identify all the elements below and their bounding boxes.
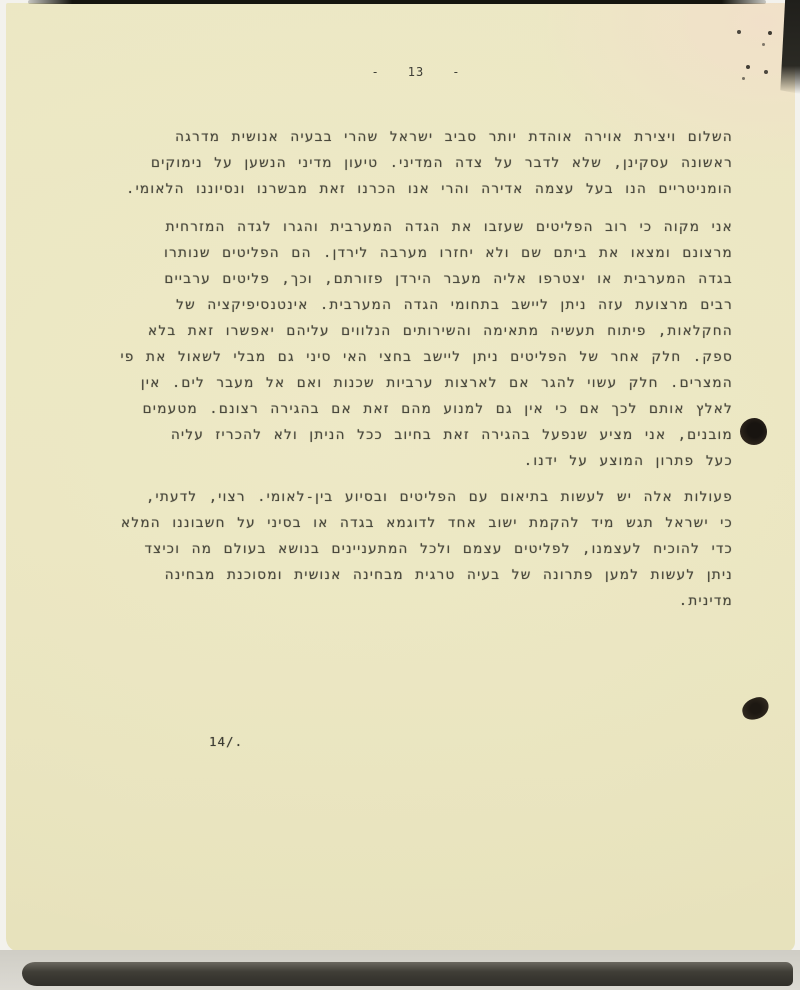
text-line: ראשונה עסקינן, שלא לדבר על צדה המדיני. ט… <box>91 150 733 176</box>
text-line: בגדה המערבית או יצטרפו אליה מעבר הירדן פ… <box>91 266 733 292</box>
ink-stain <box>740 695 771 722</box>
text-line: המצרים. חלק עשוי להגר אם לארצות ערביות ש… <box>91 370 733 396</box>
paragraph-2: אני מקוה כי רוב הפליטים שעזבו את הגדה המ… <box>91 214 733 474</box>
dust-speck <box>764 70 768 74</box>
text-line: ניתן לעשות למען פתרונה של בעיה טרגית מבח… <box>91 562 733 588</box>
header-dash-left: - <box>372 65 380 79</box>
dust-speck <box>768 31 772 35</box>
paragraph-1: השלום ויצירת אוירה אוהדת יותר סביב ישראל… <box>91 124 733 202</box>
paragraph-3: פעולות אלה יש לעשות בתיאום עם הפליטים וב… <box>91 484 733 614</box>
text-line: כדי להוכיח לעצמנו, לפליטים עצמם ולכל המת… <box>91 536 733 562</box>
text-line: הומניטריים הנו בעל עצמה אדירה והרי אנו ה… <box>91 176 733 202</box>
scan-top-edge <box>28 0 766 4</box>
dust-speck <box>742 77 745 80</box>
page-number: 13 <box>408 65 424 79</box>
dust-speck <box>737 30 741 34</box>
text-line: אני מקוה כי רוב הפליטים שעזבו את הגדה המ… <box>91 214 733 240</box>
text-line: לאלץ אותם לכך אם כי אין גם למנוע מהם זאת… <box>91 396 733 422</box>
text-line: רבים מרצועת עזה ניתן ליישב בתחומי הגדה ה… <box>91 292 733 318</box>
page-number-header: - 13 - <box>346 65 486 79</box>
scan-bottom-edge <box>22 962 793 986</box>
dust-speck <box>746 65 750 69</box>
text-line: פעולות אלה יש לעשות בתיאום עם הפליטים וב… <box>91 484 733 510</box>
continuation-page-marker: 14/. <box>209 734 243 749</box>
text-line: השלום ויצירת אוירה אוהדת יותר סביב ישראל… <box>91 124 733 150</box>
text-line: כי ישראל תגש מיד להקמת ישוב אחד לדוגמא ב… <box>91 510 733 536</box>
document-page: - 13 - השלום ויצירת אוירה אוהדת יותר סבי… <box>6 3 795 952</box>
text-line: החקלאות, פיתוח תעשיה מתאימה והשירותים הנ… <box>91 318 733 344</box>
scanned-document: - 13 - השלום ויצירת אוירה אוהדת יותר סבי… <box>0 0 800 990</box>
header-dash-right: - <box>452 65 460 79</box>
ink-stain <box>740 418 767 445</box>
dust-speck <box>762 43 765 46</box>
text-line: מדינית. <box>91 588 733 614</box>
text-line: מרצונם ומצאו את ביתם שם ולא יחזרו מערבה … <box>91 240 733 266</box>
text-line: ספק. חלק אחר של הפליטים ניתן ליישב בחצי … <box>91 344 733 370</box>
text-line: מובנים, אני מציע שנפעל בהגירה זאת בחיוב … <box>91 422 733 448</box>
text-line: כעל פתרון המוצע על ידנו. <box>91 448 733 474</box>
